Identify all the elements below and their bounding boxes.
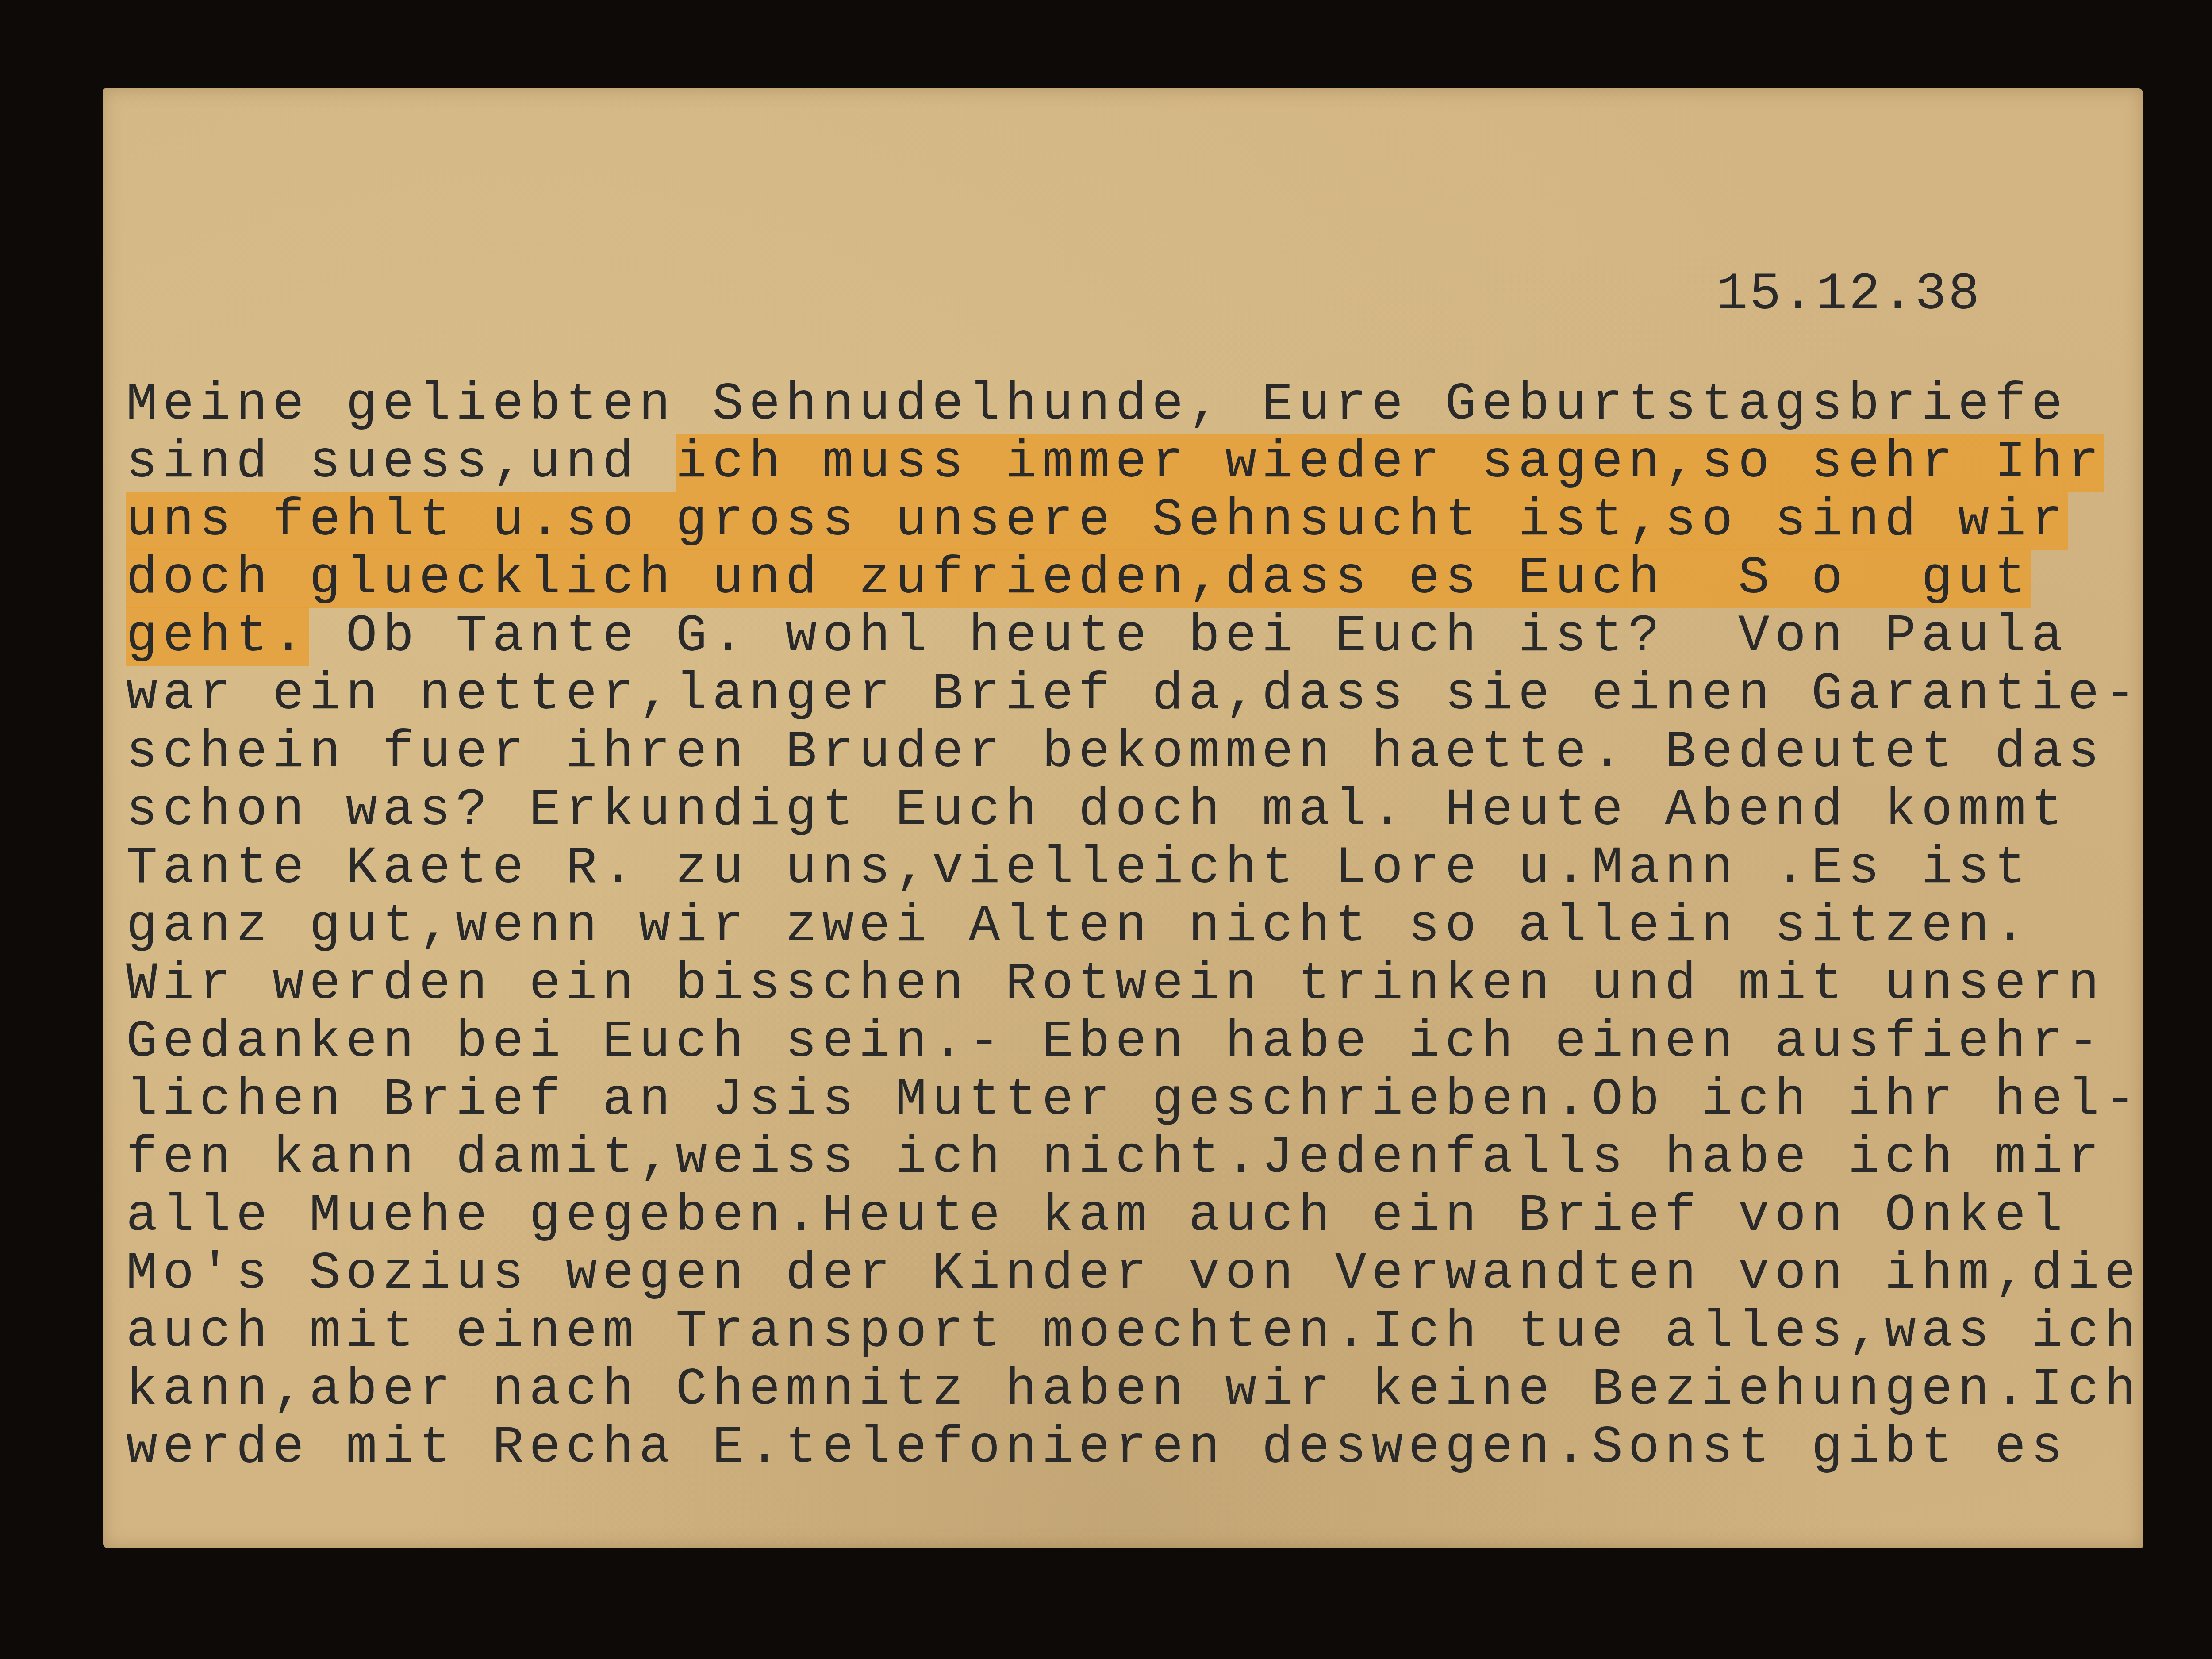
text-segment: fen kann damit,weiss ich nicht.Jedenfall… <box>126 1129 2104 1188</box>
text-segment: auch mit einem Transport moechten.Ich tu… <box>126 1303 2141 1362</box>
letter-date: 15.12.38 <box>1717 265 1982 324</box>
text-segment: kann,aber nach Chemnitz haben wir keine … <box>126 1361 2141 1420</box>
text-segment: sind suess,und <box>126 434 676 492</box>
text-segment: Tante Kaete R. zu uns,vielleicht Lore u.… <box>126 839 2031 898</box>
text-line: schein fuer ihren Bruder bekommen haette… <box>126 724 2161 782</box>
text-segment: schon was? Erkundigt Euch doch mal. Heut… <box>126 781 2068 840</box>
text-segment: war ein netter,langer Brief da,dass sie … <box>126 665 2141 724</box>
letter-body: Meine geliebten Sehnudelhunde, Eure Gebu… <box>126 376 2161 1477</box>
text-line: doch gluecklich und zufrieden,dass es Eu… <box>126 550 2161 608</box>
text-line: auch mit einem Transport moechten.Ich tu… <box>126 1303 2161 1361</box>
text-line: schon was? Erkundigt Euch doch mal. Heut… <box>126 782 2161 840</box>
text-segment: alle Muehe gegeben.Heute kam auch ein Br… <box>126 1187 2068 1246</box>
text-line: ganz gut,wenn wir zwei Alten nicht so al… <box>126 898 2161 956</box>
text-line: war ein netter,langer Brief da,dass sie … <box>126 666 2161 724</box>
text-segment: lichen Brief an Jsis Mutter geschrieben.… <box>126 1071 2141 1130</box>
text-line: kann,aber nach Chemnitz haben wir keine … <box>126 1361 2161 1419</box>
text-line: geht. Ob Tante G. wohl heute bei Euch is… <box>126 608 2161 666</box>
highlighted-text: doch gluecklich und zufrieden,dass es Eu… <box>126 549 2031 608</box>
text-line: Tante Kaete R. zu uns,vielleicht Lore u.… <box>126 840 2161 898</box>
highlighted-text: ich muss immer wieder sagen,so sehr Ihr <box>676 434 2104 492</box>
highlighted-text: uns fehlt u.so gross unsere Sehnsucht is… <box>126 492 2068 550</box>
text-line: lichen Brief an Jsis Mutter geschrieben.… <box>126 1071 2161 1129</box>
text-line: werde mit Recha E.telefonieren deswegen.… <box>126 1419 2161 1477</box>
text-segment: Wir werden ein bisschen Rotwein trinken … <box>126 955 2104 1014</box>
text-line: alle Muehe gegeben.Heute kam auch ein Br… <box>126 1187 2161 1245</box>
text-line: fen kann damit,weiss ich nicht.Jedenfall… <box>126 1129 2161 1187</box>
text-line: Wir werden ein bisschen Rotwein trinken … <box>126 956 2161 1014</box>
text-line: Mo's Sozius wegen der Kinder von Verwand… <box>126 1245 2161 1303</box>
text-segment: schein fuer ihren Bruder bekommen haette… <box>126 723 2104 782</box>
text-line: sind suess,und ich muss immer wieder sag… <box>126 434 2161 492</box>
text-line: Meine geliebten Sehnudelhunde, Eure Gebu… <box>126 376 2161 434</box>
text-line: uns fehlt u.so gross unsere Sehnsucht is… <box>126 492 2161 550</box>
highlighted-text: geht. <box>126 607 309 666</box>
text-segment: Meine geliebten Sehnudelhunde, Eure Gebu… <box>126 376 2068 434</box>
text-line: Gedanken bei Euch sein.- Eben habe ich e… <box>126 1014 2161 1071</box>
text-segment: Ob Tante G. wohl heute bei Euch ist? Von… <box>309 607 2068 666</box>
text-segment: Mo's Sozius wegen der Kinder von Verwand… <box>126 1245 2141 1304</box>
text-segment: ganz gut,wenn wir zwei Alten nicht so al… <box>126 897 2031 956</box>
text-segment: werde mit Recha E.telefonieren deswegen.… <box>126 1419 2068 1478</box>
text-segment: Gedanken bei Euch sein.- Eben habe ich e… <box>126 1013 2104 1072</box>
